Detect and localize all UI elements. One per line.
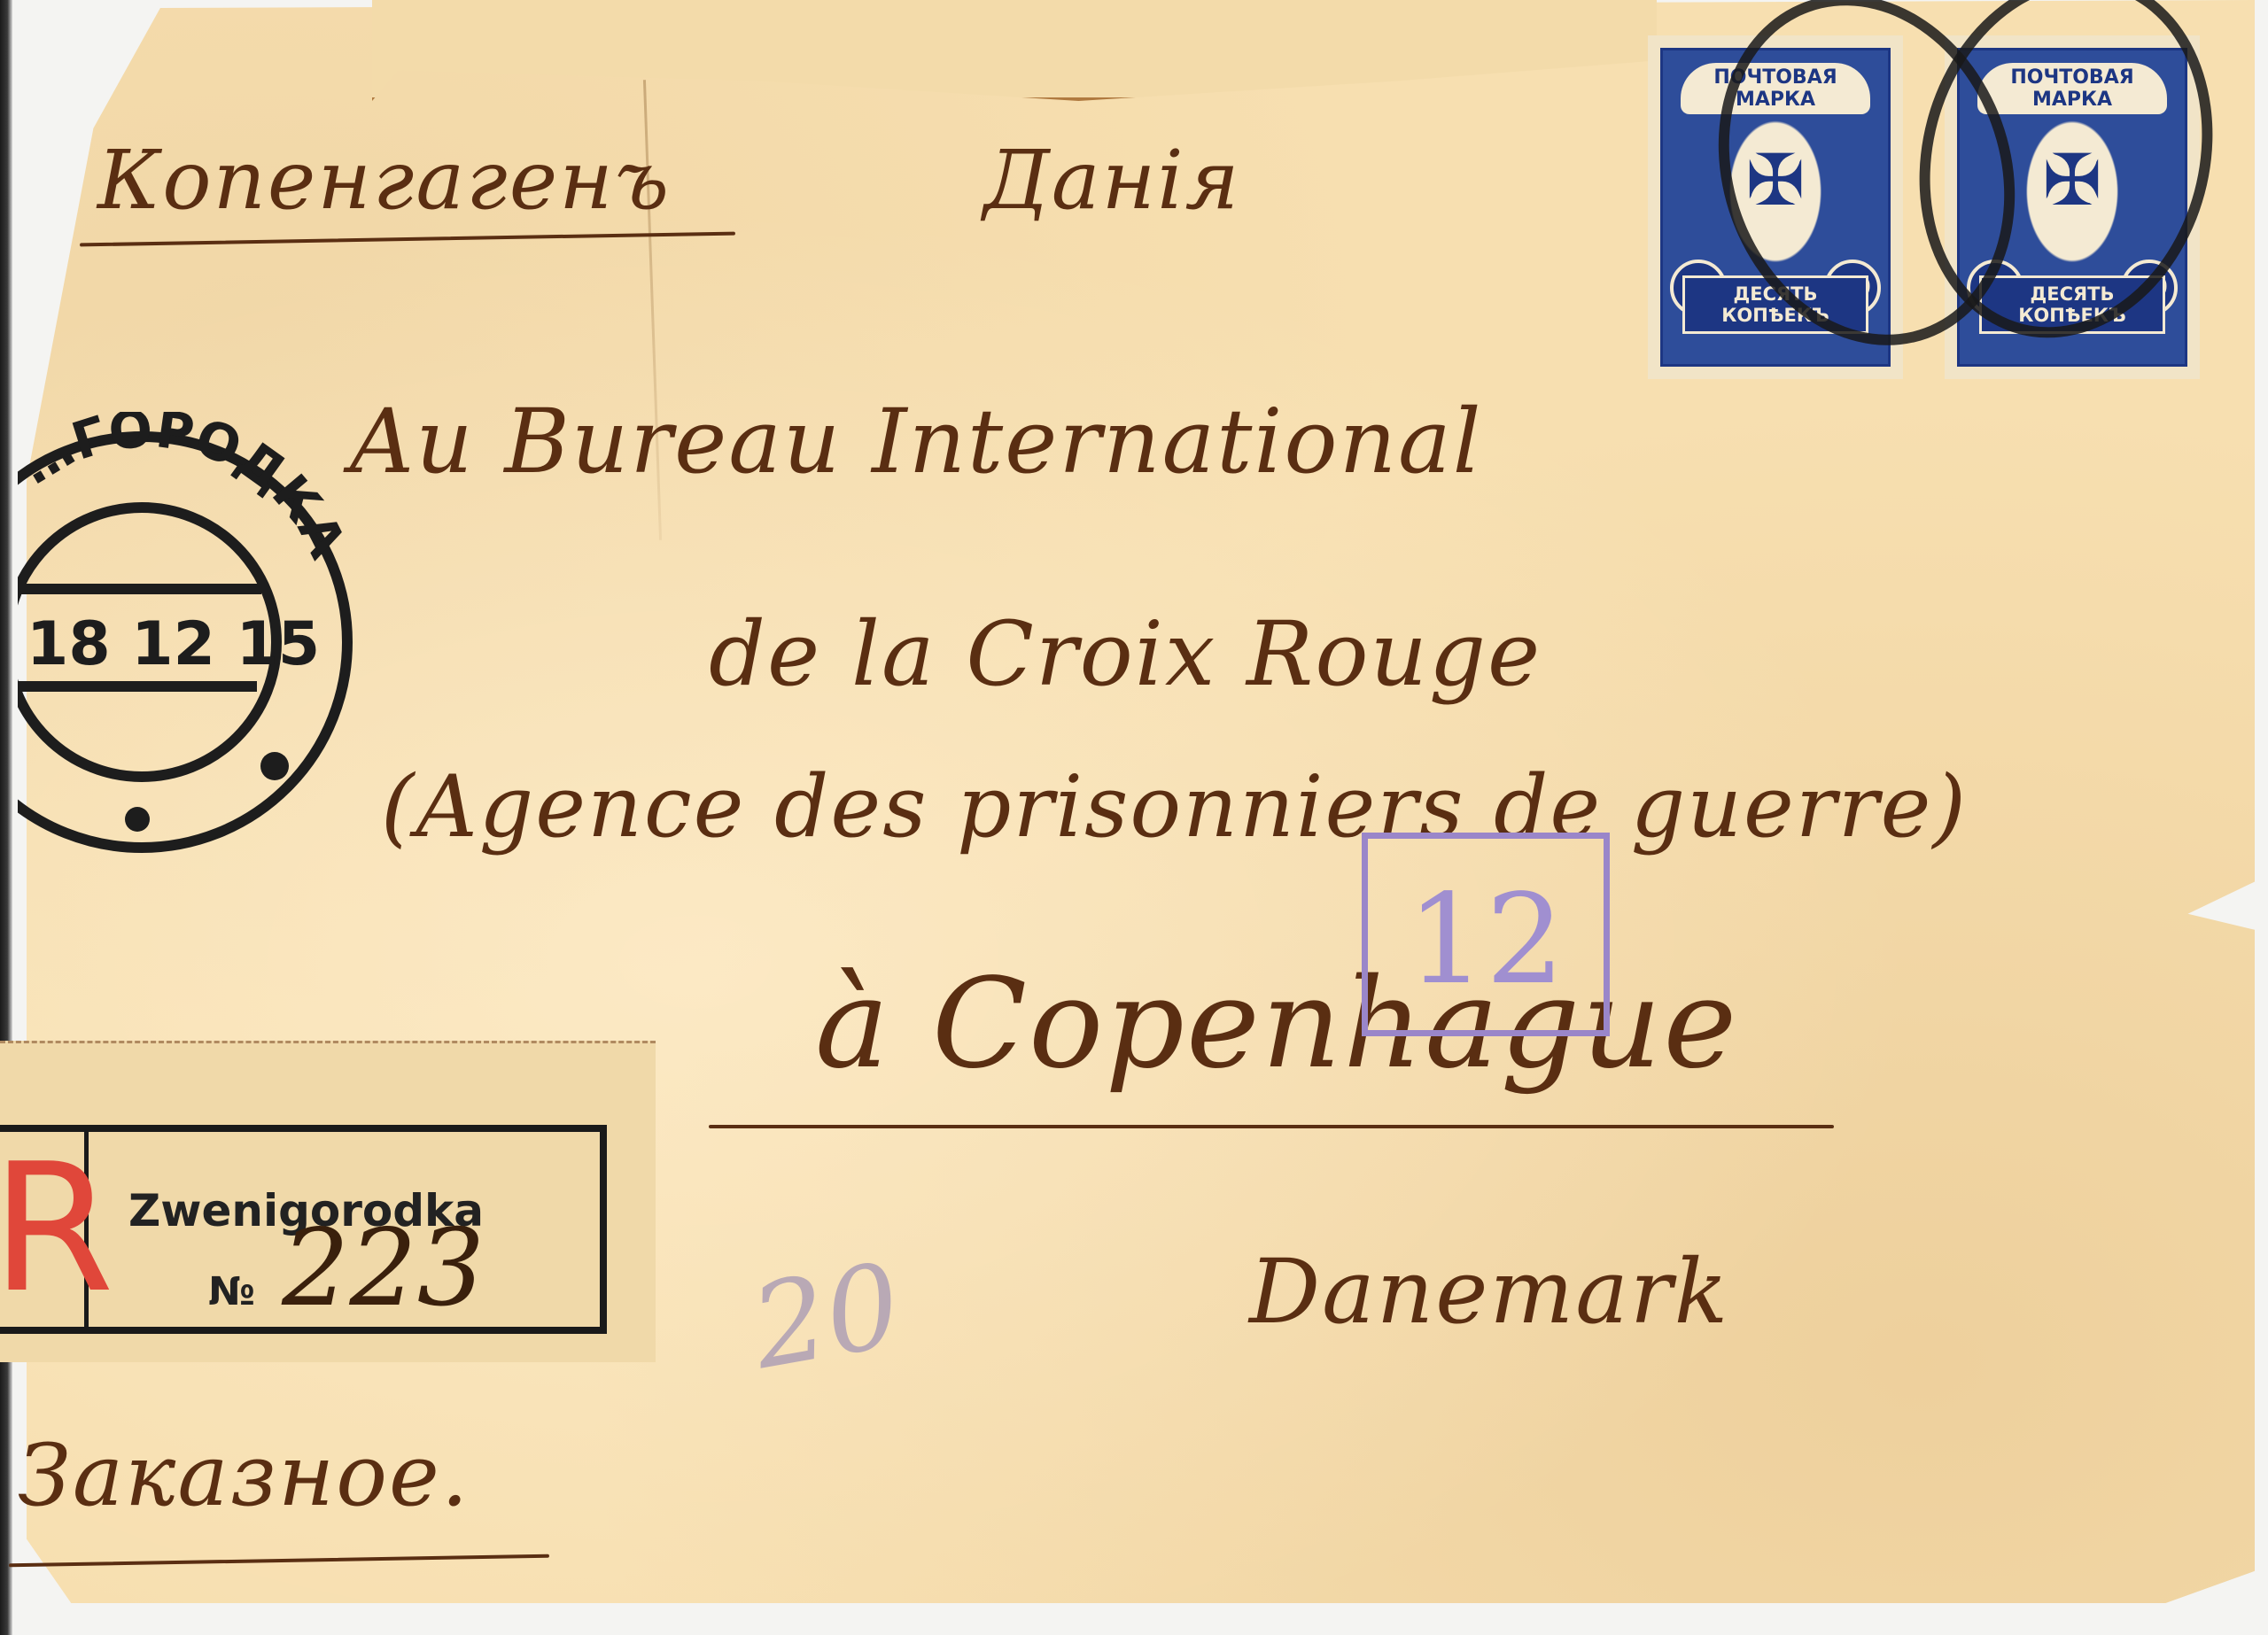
address-line-2: de la Croix Rouge <box>709 602 1542 706</box>
svg-text:…ГОРОДКА: …ГОРОДКА <box>18 412 354 568</box>
copenhague-underline <box>709 1125 1834 1128</box>
addressee-country-cyrillic: Данія <box>983 133 1241 228</box>
address-line-3: (Agence des prisonniers de guerre) <box>381 757 1968 856</box>
registration-number-label: № <box>208 1269 255 1314</box>
registered-note: Заказное. <box>18 1426 470 1525</box>
postmark-circle-icon: 18 12 15 …ГОРОДКА <box>18 412 354 872</box>
address-line-5: Danemark <box>1249 1240 1729 1344</box>
svg-text:18 12 15: 18 12 15 <box>27 609 320 679</box>
registration-label: R Zwenigorodka № 223 <box>0 1041 656 1362</box>
censor-mark: 12 <box>1362 833 1610 1036</box>
address-line-1: Au Bureau International <box>350 390 1483 493</box>
addressee-city-cyrillic: Копенгагенъ <box>97 133 671 228</box>
pencil-note: 20 <box>742 1237 910 1395</box>
postmark: 18 12 15 …ГОРОДКА <box>18 412 354 872</box>
scan-edge-shadow <box>0 0 12 1635</box>
registration-box: R Zwenigorodka № 223 <box>0 1125 607 1334</box>
registration-letter: R <box>0 1141 114 1318</box>
registration-number: 223 <box>282 1207 485 1330</box>
registration-letter-cell: R <box>0 1132 89 1327</box>
